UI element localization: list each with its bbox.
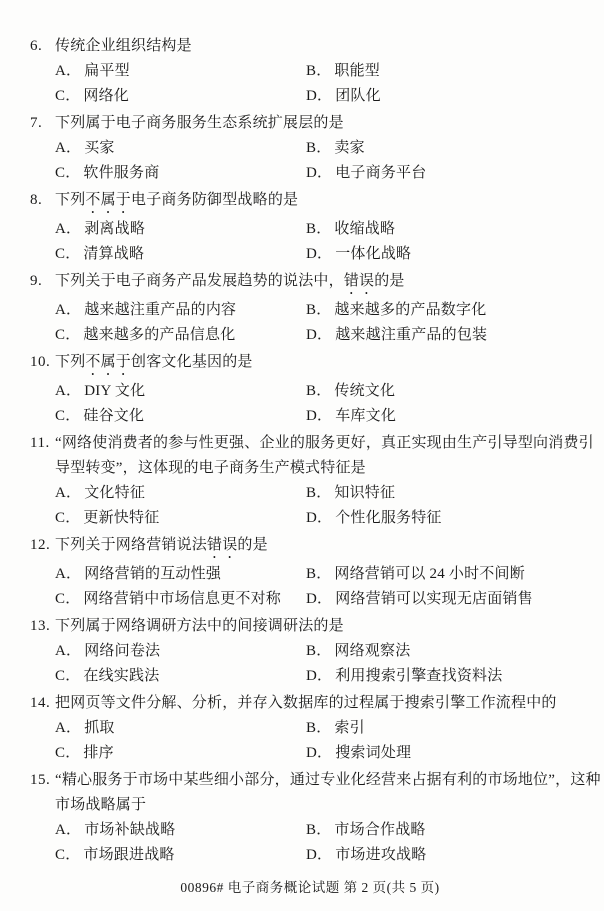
option-label: A． — [55, 221, 81, 237]
option-label: D． — [306, 165, 332, 181]
option-item: C．越来越多的产品信息化 — [55, 323, 306, 348]
option-text: 在线实践法 — [83, 668, 159, 684]
option-label: A． — [55, 485, 81, 501]
question: 7.下列属于电子商务服务生态系统扩展层的是A．买家B．卖家C．软件服务商D．电子… — [30, 111, 590, 186]
question-stem: 13.下列属于网络调研方法中的间接调研法的是 — [30, 614, 590, 639]
question: 15.“精心服务于市场中某些细小部分，通过专业化经营来占据有利的市场地位”，这种… — [30, 768, 590, 868]
option-label: A． — [55, 643, 81, 659]
option-label: B． — [306, 63, 331, 79]
option-label: D． — [306, 510, 332, 526]
question-number: 11. — [30, 431, 55, 456]
option-label: D． — [306, 246, 332, 262]
stem-line: 下列不属于创客文化基因的是 — [55, 350, 590, 379]
option-item: C．排序 — [55, 741, 306, 766]
option-item: C．网络营销中市场信息更不对称 — [55, 587, 306, 612]
stem-text-segment: 下列属于网络调研方法中的间接调研法的是 — [55, 618, 344, 634]
option-text: 网络营销可以 24 小时不间断 — [334, 566, 525, 582]
stem-text-segment: 的是 — [374, 273, 404, 289]
option-text: 网络营销中市场信息更不对称 — [83, 591, 281, 607]
option-item: A．剥离战略 — [55, 217, 306, 242]
stem-emphasized-text: 错误 — [344, 273, 374, 289]
question-stem: 6.传统企业组织结构是 — [30, 34, 590, 59]
option-text: 电子商务平台 — [335, 165, 426, 181]
option-label: B． — [306, 302, 331, 318]
option-text: 团队化 — [335, 88, 381, 104]
option-item: A．扁平型 — [55, 59, 306, 84]
option-text: 传统文化 — [334, 383, 395, 399]
question-stem: 8.下列不属于电子商务防御型战略的是 — [30, 188, 590, 217]
option-item: D．个性化服务特征 — [306, 506, 590, 531]
option-text: 网络化 — [83, 88, 129, 104]
option-text: 职能型 — [334, 63, 380, 79]
option-item: A．网络营销的互动性强 — [55, 562, 306, 587]
page-footer: 00896# 电子商务概论试题 第 2 页(共 5 页) — [30, 878, 590, 898]
option-label: B． — [306, 720, 331, 736]
question-number: 6. — [30, 34, 55, 59]
option-item: C．市场跟进战略 — [55, 843, 306, 868]
stem-text-segment: 创客文化基因的是 — [131, 354, 253, 370]
question: 6.传统企业组织结构是A．扁平型B．职能型C．网络化D．团队化 — [30, 34, 590, 109]
option-text: 网络问卷法 — [84, 643, 160, 659]
option-item: B．越来越多的产品数字化 — [306, 298, 590, 323]
stem-emphasized-text: 不属于 — [85, 192, 131, 208]
options-grid: A．越来越注重产品的内容B．越来越多的产品数字化C．越来越多的产品信息化D．越来… — [30, 298, 590, 348]
option-text: 买家 — [84, 140, 114, 156]
stem-text-segment: “网络使消费者的参与性更强、企业的服务更好，真正实现由生产引导型向消费引 — [55, 435, 594, 451]
option-text: 网络营销的互动性强 — [84, 566, 221, 582]
question-number: 13. — [30, 614, 55, 639]
option-label: A． — [55, 822, 81, 838]
question-number: 10. — [30, 350, 55, 375]
question-stem-text: 把网页等文件分解、分析，并存入数据库的过程属于搜索引擎工作流程中的 — [55, 691, 590, 716]
question-stem-text: 下列关于电子商务产品发展趋势的说法中，错误的是 — [55, 269, 590, 298]
option-item: D．利用搜索引擎查找资料法 — [306, 664, 590, 689]
stem-line: “网络使消费者的参与性更强、企业的服务更好，真正实现由生产引导型向消费引 — [55, 431, 590, 456]
question-stem: 7.下列属于电子商务服务生态系统扩展层的是 — [30, 111, 590, 136]
option-label: C． — [55, 591, 80, 607]
option-text: 知识特征 — [334, 485, 395, 501]
option-label: C． — [55, 165, 80, 181]
option-item: B．知识特征 — [306, 481, 590, 506]
option-label: B． — [306, 383, 331, 399]
stem-line: 下列不属于电子商务防御型战略的是 — [55, 188, 590, 217]
option-text: 搜索词处理 — [335, 745, 411, 761]
option-text: 越来越注重产品的内容 — [84, 302, 236, 318]
options-grid: A．网络营销的互动性强B．网络营销可以 24 小时不间断C．网络营销中市场信息更… — [30, 562, 590, 612]
option-item: A．市场补缺战略 — [55, 818, 306, 843]
option-label: C． — [55, 745, 80, 761]
option-label: A． — [55, 383, 81, 399]
option-label: B． — [306, 221, 331, 237]
stem-line: 下列属于电子商务服务生态系统扩展层的是 — [55, 111, 590, 136]
option-text: 抓取 — [84, 720, 114, 736]
question-number: 12. — [30, 533, 55, 558]
question-stem-text: 下列属于电子商务服务生态系统扩展层的是 — [55, 111, 590, 136]
option-text: 文化特征 — [84, 485, 145, 501]
option-item: A．DIY 文化 — [55, 379, 306, 404]
option-text: 个性化服务特征 — [335, 510, 441, 526]
question-stem-text: 下列不属于电子商务防御型战略的是 — [55, 188, 590, 217]
option-label: C． — [55, 327, 80, 343]
option-label: A． — [55, 566, 81, 582]
option-label: A． — [55, 63, 81, 79]
question-number: 8. — [30, 188, 55, 213]
options-grid: A．扁平型B．职能型C．网络化D．团队化 — [30, 59, 590, 109]
option-item: B．卖家 — [306, 136, 590, 161]
option-label: C． — [55, 88, 80, 104]
option-item: C．清算战略 — [55, 242, 306, 267]
question-stem: 12.下列关于网络营销说法错误的是 — [30, 533, 590, 562]
option-text: 软件服务商 — [83, 165, 159, 181]
stem-text-segment: 市场战略属于 — [55, 797, 146, 813]
stem-text-segment: 下列 — [55, 354, 85, 370]
option-item: A．越来越注重产品的内容 — [55, 298, 306, 323]
stem-text-segment: 下列属于电子商务服务生态系统扩展层的是 — [55, 115, 344, 131]
stem-line: 下列关于电子商务产品发展趋势的说法中，错误的是 — [55, 269, 590, 298]
option-item: B．网络营销可以 24 小时不间断 — [306, 562, 590, 587]
stem-text-segment: 下列 — [55, 192, 85, 208]
options-grid: A．抓取B．索引C．排序D．搜索词处理 — [30, 716, 590, 766]
stem-line: 传统企业组织结构是 — [55, 34, 590, 59]
question-stem-text: 下列属于网络调研方法中的间接调研法的是 — [55, 614, 590, 639]
option-text: 越来越多的产品信息化 — [83, 327, 235, 343]
question-stem-text: “网络使消费者的参与性更强、企业的服务更好，真正实现由生产引导型向消费引导型转变… — [55, 431, 590, 481]
question: 13.下列属于网络调研方法中的间接调研法的是A．网络问卷法B．网络观察法C．在线… — [30, 614, 590, 689]
option-item: C．网络化 — [55, 84, 306, 109]
question-stem: 11.“网络使消费者的参与性更强、企业的服务更好，真正实现由生产引导型向消费引导… — [30, 431, 590, 481]
option-text: 网络营销可以实现无店面销售 — [335, 591, 533, 607]
question-number: 7. — [30, 111, 55, 136]
question: 9.下列关于电子商务产品发展趋势的说法中，错误的是A．越来越注重产品的内容B．越… — [30, 269, 590, 348]
stem-text-segment: 下列关于网络营销说法 — [55, 537, 207, 553]
option-label: A． — [55, 140, 81, 156]
option-item: C．更新快特征 — [55, 506, 306, 531]
exam-page: 6.传统企业组织结构是A．扁平型B．职能型C．网络化D．团队化7.下列属于电子商… — [0, 0, 604, 911]
option-text: 网络观察法 — [334, 643, 410, 659]
option-label: D． — [306, 88, 332, 104]
stem-text-segment: 的是 — [237, 537, 267, 553]
option-label: B． — [306, 643, 331, 659]
option-label: B． — [306, 822, 331, 838]
option-text: 越来越注重产品的包装 — [335, 327, 487, 343]
option-text: 越来越多的产品数字化 — [334, 302, 486, 318]
stem-text-segment: 电子商务防御型战略的是 — [131, 192, 298, 208]
option-text: 卖家 — [334, 140, 364, 156]
question-stem-text: 传统企业组织结构是 — [55, 34, 590, 59]
question-stem: 10.下列不属于创客文化基因的是 — [30, 350, 590, 379]
question-number: 9. — [30, 269, 55, 294]
question-stem: 15.“精心服务于市场中某些细小部分，通过专业化经营来占据有利的市场地位”，这种… — [30, 768, 590, 818]
stem-text-segment: 导型转变”，这体现的电子商务生产模式特征是 — [55, 460, 366, 476]
option-item: B．索引 — [306, 716, 590, 741]
options-grid: A．网络问卷法B．网络观察法C．在线实践法D．利用搜索引擎查找资料法 — [30, 639, 590, 689]
option-item: A．抓取 — [55, 716, 306, 741]
option-label: D． — [306, 745, 332, 761]
option-text: 车库文化 — [335, 408, 396, 424]
option-item: B．职能型 — [306, 59, 590, 84]
question: 12.下列关于网络营销说法错误的是A．网络营销的互动性强B．网络营销可以 24 … — [30, 533, 590, 612]
option-text: 一体化战略 — [335, 246, 411, 262]
option-label: C． — [55, 510, 80, 526]
option-item: B．网络观察法 — [306, 639, 590, 664]
option-text: 市场跟进战略 — [83, 847, 174, 863]
option-label: D． — [306, 668, 332, 684]
options-grid: A．市场补缺战略B．市场合作战略C．市场跟进战略D．市场进攻战略 — [30, 818, 590, 868]
option-text: 市场补缺战略 — [84, 822, 175, 838]
option-label: C． — [55, 246, 80, 262]
option-item: A．网络问卷法 — [55, 639, 306, 664]
option-text: 市场合作战略 — [334, 822, 425, 838]
option-item: B．市场合作战略 — [306, 818, 590, 843]
option-label: D． — [306, 591, 332, 607]
option-label: D． — [306, 408, 332, 424]
option-item: D．车库文化 — [306, 404, 590, 429]
stem-line: 下列属于网络调研方法中的间接调研法的是 — [55, 614, 590, 639]
option-text: 排序 — [83, 745, 113, 761]
question-list: 6.传统企业组织结构是A．扁平型B．职能型C．网络化D．团队化7.下列属于电子商… — [30, 34, 590, 868]
option-text: 剥离战略 — [84, 221, 145, 237]
option-item: D．电子商务平台 — [306, 161, 590, 186]
option-text: 清算战略 — [83, 246, 144, 262]
option-item: A．文化特征 — [55, 481, 306, 506]
option-item: D．网络营销可以实现无店面销售 — [306, 587, 590, 612]
stem-emphasized-text: 错误 — [207, 537, 237, 553]
option-item: D．越来越注重产品的包装 — [306, 323, 590, 348]
stem-text-segment: 传统企业组织结构是 — [55, 38, 192, 54]
stem-line: 导型转变”，这体现的电子商务生产模式特征是 — [55, 456, 590, 481]
option-text: 利用搜索引擎查找资料法 — [335, 668, 502, 684]
question-stem: 9.下列关于电子商务产品发展趋势的说法中，错误的是 — [30, 269, 590, 298]
stem-line: 把网页等文件分解、分析，并存入数据库的过程属于搜索引擎工作流程中的 — [55, 691, 590, 716]
option-label: D． — [306, 847, 332, 863]
question: 14.把网页等文件分解、分析，并存入数据库的过程属于搜索引擎工作流程中的A．抓取… — [30, 691, 590, 766]
question: 11.“网络使消费者的参与性更强、企业的服务更好，真正实现由生产引导型向消费引导… — [30, 431, 590, 531]
options-grid: A．剥离战略B．收缩战略C．清算战略D．一体化战略 — [30, 217, 590, 267]
option-label: C． — [55, 668, 80, 684]
option-text: 更新快特征 — [83, 510, 159, 526]
option-label: A． — [55, 720, 81, 736]
option-item: D．搜索词处理 — [306, 741, 590, 766]
stem-emphasized-text: 不属于 — [85, 354, 131, 370]
option-label: C． — [55, 847, 80, 863]
option-label: B． — [306, 566, 331, 582]
stem-text-segment: “精心服务于市场中某些细小部分，通过专业化经营来占据有利的市场地位”，这种 — [55, 772, 601, 788]
option-item: D．市场进攻战略 — [306, 843, 590, 868]
question: 8.下列不属于电子商务防御型战略的是A．剥离战略B．收缩战略C．清算战略D．一体… — [30, 188, 590, 267]
question-number: 14. — [30, 691, 55, 716]
stem-text-segment: 把网页等文件分解、分析，并存入数据库的过程属于搜索引擎工作流程中的 — [55, 695, 557, 711]
option-text: DIY 文化 — [84, 383, 145, 399]
question-number: 15. — [30, 768, 55, 793]
option-text: 收缩战略 — [334, 221, 395, 237]
option-label: B． — [306, 140, 331, 156]
options-grid: A．DIY 文化B．传统文化C．硅谷文化D．车库文化 — [30, 379, 590, 429]
option-label: B． — [306, 485, 331, 501]
options-grid: A．买家B．卖家C．软件服务商D．电子商务平台 — [30, 136, 590, 186]
option-item: A．买家 — [55, 136, 306, 161]
option-item: D．一体化战略 — [306, 242, 590, 267]
stem-text-segment: 下列关于电子商务产品发展趋势的说法中， — [55, 273, 344, 289]
option-label: C． — [55, 408, 80, 424]
option-item: C．硅谷文化 — [55, 404, 306, 429]
stem-line: “精心服务于市场中某些细小部分，通过专业化经营来占据有利的市场地位”，这种 — [55, 768, 590, 793]
option-text: 索引 — [334, 720, 364, 736]
option-item: C．软件服务商 — [55, 161, 306, 186]
option-item: C．在线实践法 — [55, 664, 306, 689]
option-label: D． — [306, 327, 332, 343]
stem-line: 下列关于网络营销说法错误的是 — [55, 533, 590, 562]
options-grid: A．文化特征B．知识特征C．更新快特征D．个性化服务特征 — [30, 481, 590, 531]
option-text: 硅谷文化 — [83, 408, 144, 424]
option-text: 扁平型 — [84, 63, 130, 79]
option-text: 市场进攻战略 — [335, 847, 426, 863]
question-stem-text: 下列不属于创客文化基因的是 — [55, 350, 590, 379]
stem-line: 市场战略属于 — [55, 793, 590, 818]
option-item: B．传统文化 — [306, 379, 590, 404]
question: 10.下列不属于创客文化基因的是A．DIY 文化B．传统文化C．硅谷文化D．车库… — [30, 350, 590, 429]
option-label: A． — [55, 302, 81, 318]
question-stem-text: 下列关于网络营销说法错误的是 — [55, 533, 590, 562]
question-stem-text: “精心服务于市场中某些细小部分，通过专业化经营来占据有利的市场地位”，这种市场战… — [55, 768, 590, 818]
option-item: D．团队化 — [306, 84, 590, 109]
option-item: B．收缩战略 — [306, 217, 590, 242]
question-stem: 14.把网页等文件分解、分析，并存入数据库的过程属于搜索引擎工作流程中的 — [30, 691, 590, 716]
